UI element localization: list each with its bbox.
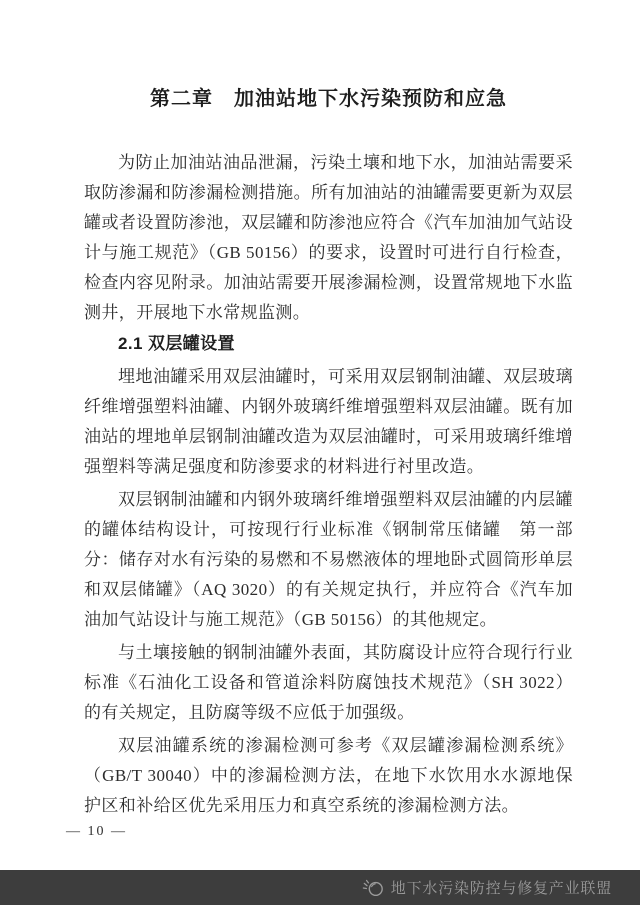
document-page: 第二章 加油站地下水污染预防和应急 为防止加油站油品泄漏，污染土壤和地下水，加油… [0, 0, 640, 905]
section-paragraph: 双层油罐系统的渗漏检测可参考《双层罐渗漏检测系统》（GB/T 30040）中的渗… [84, 731, 573, 821]
chapter-title: 第二章 加油站地下水污染预防和应急 [84, 86, 573, 112]
intro-paragraph: 为防止加油站油品泄漏，污染土壤和地下水，加油站需要采取防渗漏和防渗漏检测措施。所… [84, 148, 573, 328]
footer-watermark-bar: 地下水污染防控与修复产业联盟 [0, 870, 640, 905]
footer-inner: 地下水污染防控与修复产业联盟 [0, 870, 640, 905]
page-number: — 10 — [66, 824, 127, 840]
alliance-logo-icon [362, 878, 384, 898]
page-content: 第二章 加油站地下水污染预防和应急 为防止加油站油品泄漏，污染土壤和地下水，加油… [84, 86, 573, 824]
section-paragraph: 与土壤接触的钢制油罐外表面，其防腐设计应符合现行行业标准《石油化工设备和管道涂料… [84, 638, 573, 728]
section-heading: 2.1 双层罐设置 [84, 331, 573, 357]
section-paragraph: 埋地油罐采用双层油罐时，可采用双层钢制油罐、双层玻璃纤维增强塑料油罐、内钢外玻璃… [84, 362, 573, 482]
section-paragraph: 双层钢制油罐和内钢外玻璃纤维增强塑料双层油罐的内层罐的罐体结构设计，可按现行行业… [84, 485, 573, 635]
footer-brand-text: 地下水污染防控与修复产业联盟 [391, 877, 612, 898]
